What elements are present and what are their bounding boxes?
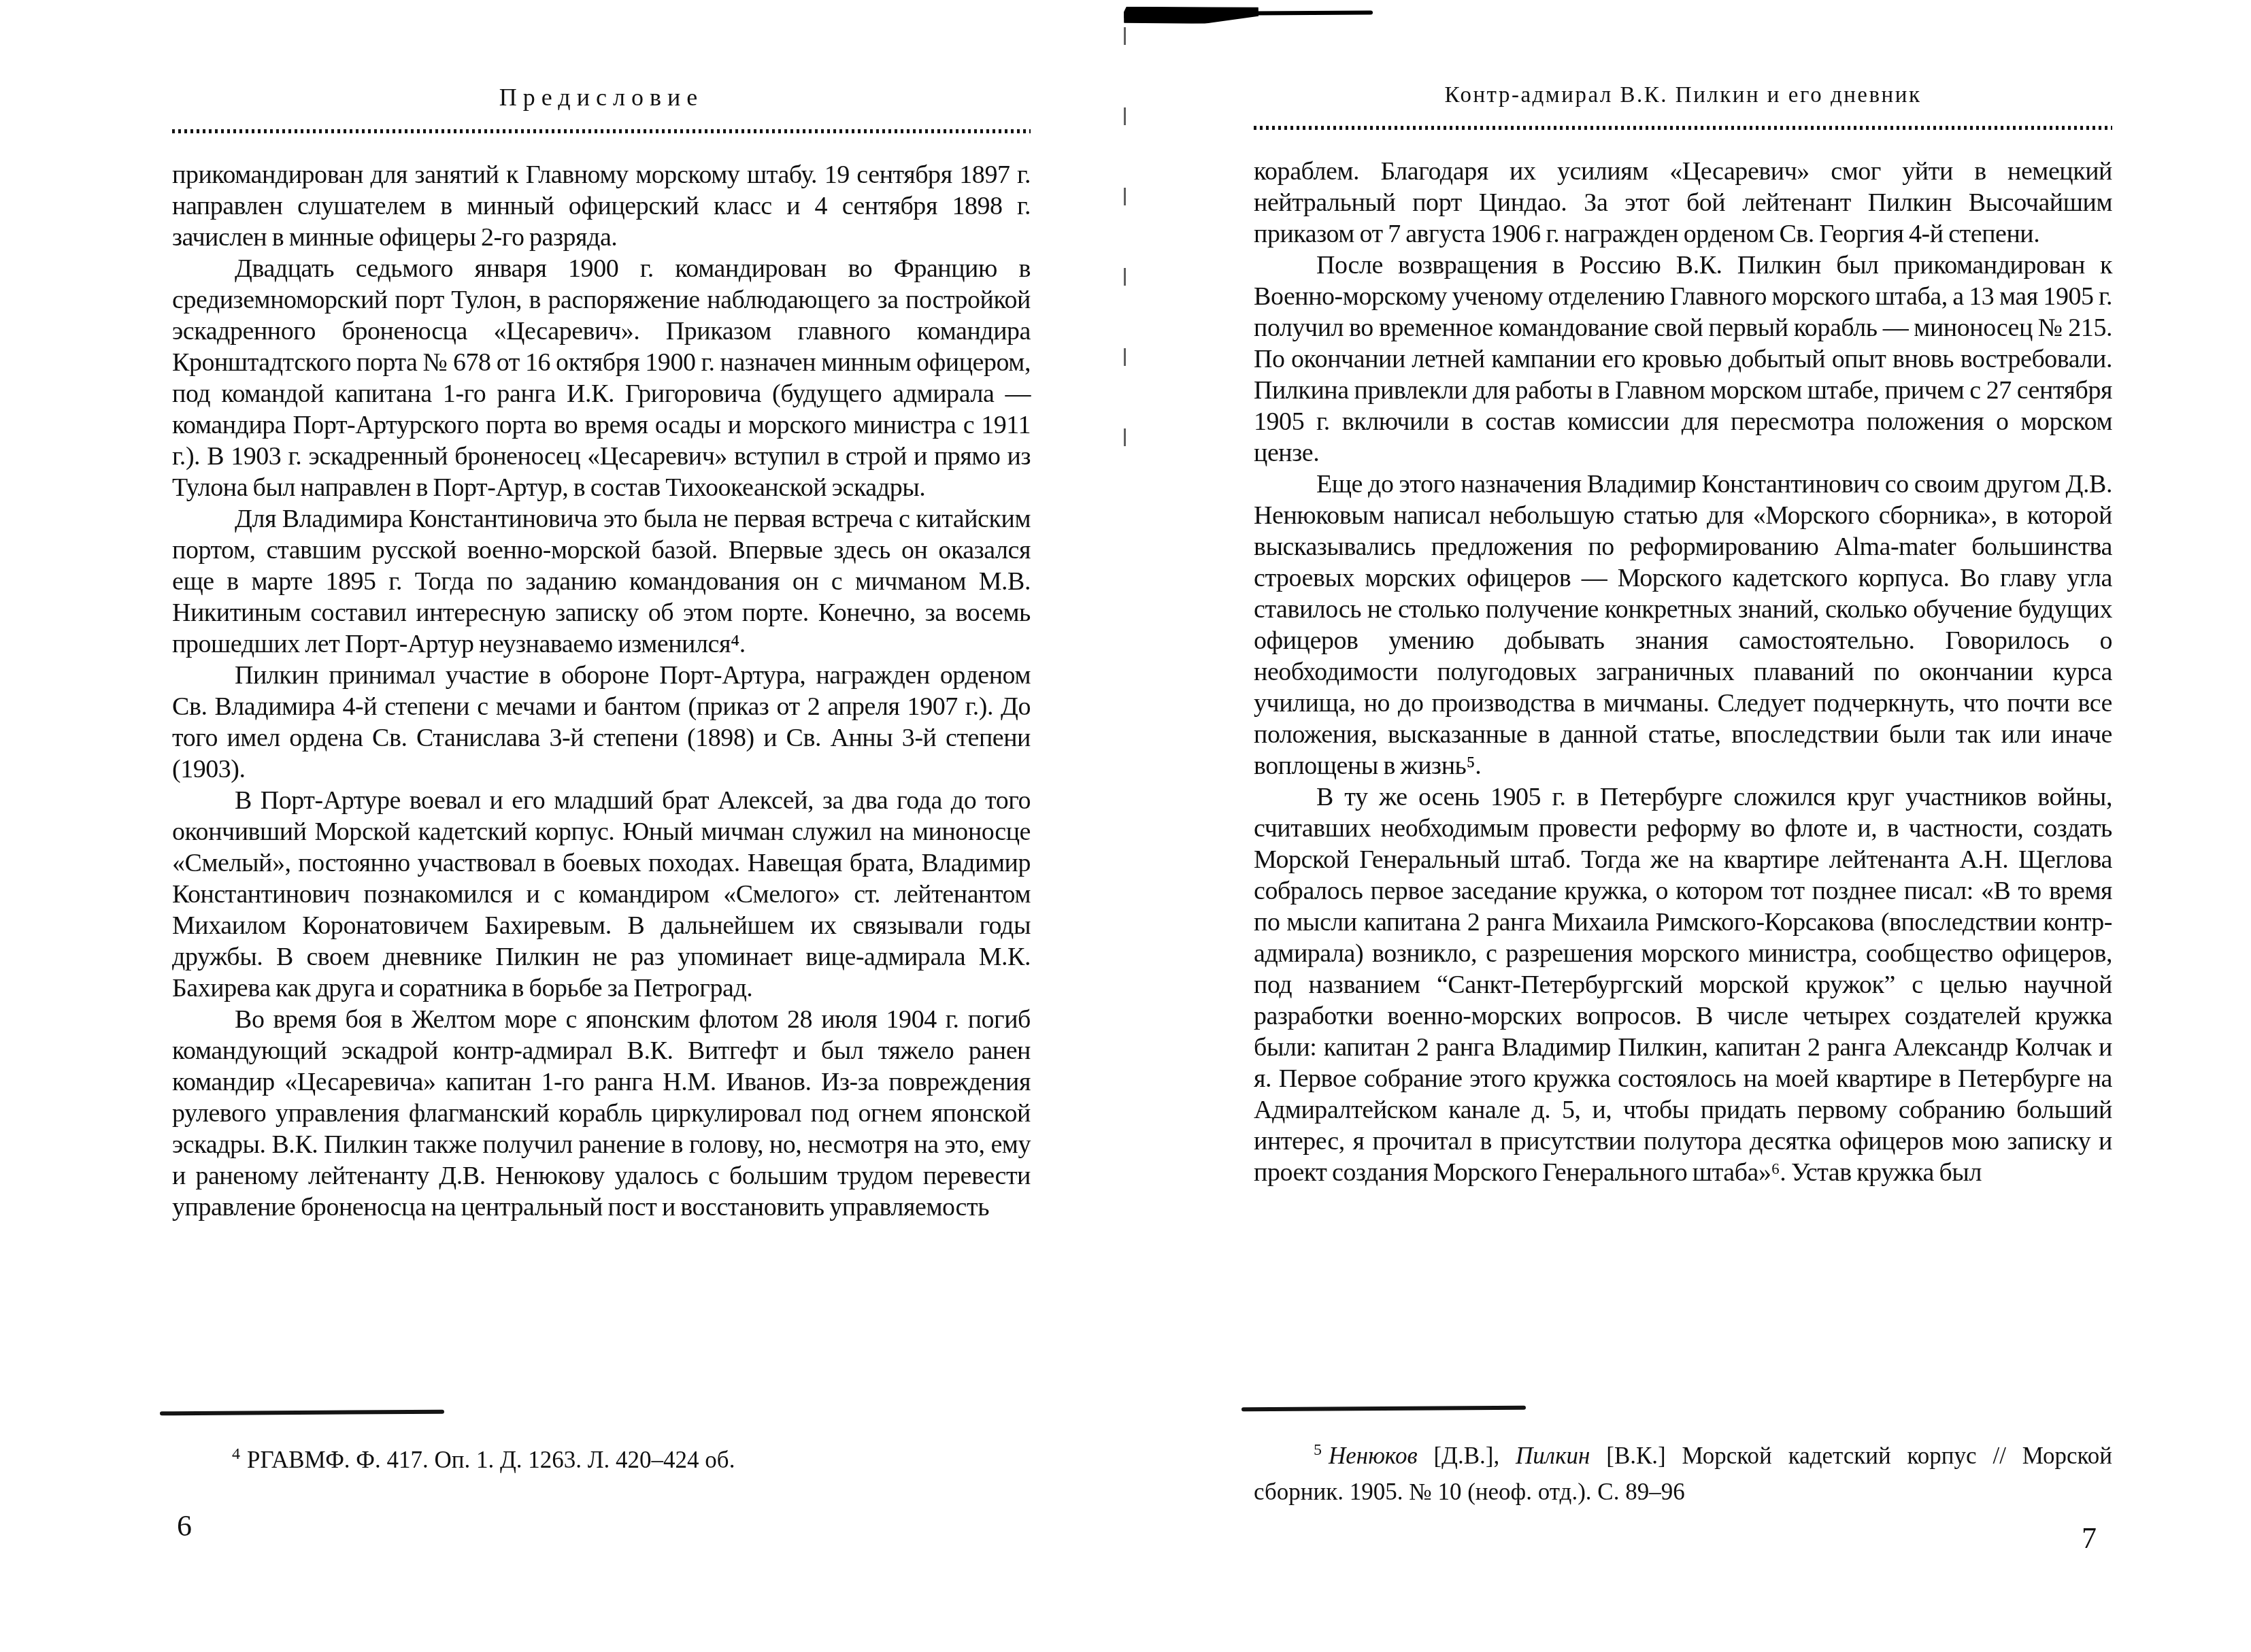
right-footnote-rule: [1241, 1406, 1526, 1412]
left-body-text: прикомандирован для занятий к Главному м…: [172, 159, 1031, 1223]
paragraph: Двадцать седьмого января 1900 г. команди…: [172, 253, 1031, 503]
right-body-text: кораблем. Благодаря их усилиям «Цесареви…: [1254, 156, 2112, 1188]
right-footnote: 5Ненюков [Д.В.], Пилкин [В.К.] Морской к…: [1254, 1438, 2112, 1510]
paragraph: В ту же осень 1905 г. в Петербурге сложи…: [1254, 781, 2112, 1188]
right-running-head: Контр-адмирал В.К. Пилкин и его дневник: [1254, 83, 2112, 108]
paragraph: Во время боя в Желтом море с японским фл…: [172, 1004, 1031, 1223]
paragraph: После возвращения в Россию В.К. Пилкин б…: [1254, 250, 2112, 469]
footnote-author: Пилкин: [1516, 1443, 1590, 1469]
left-page-number: 6: [177, 1508, 192, 1543]
paragraph: прикомандирован для занятий к Главному м…: [172, 159, 1031, 253]
footnote-author: Ненюков: [1329, 1443, 1418, 1469]
left-footnote: 4РГАВМФ. Ф. 417. Оп. 1. Д. 1263. Л. 420–…: [172, 1442, 1031, 1478]
left-page-header: Предисловие: [172, 83, 1031, 133]
footnote-text: [Д.В.],: [1418, 1443, 1516, 1469]
paragraph: Пилкин принимал участие в обороне Порт-А…: [172, 660, 1031, 785]
right-dotted-rule: [1254, 126, 2112, 130]
left-page: Предисловие прикомандирован для занятий …: [172, 83, 1031, 1223]
paragraph: В Порт-Артуре воевал и его младший брат …: [172, 785, 1031, 1004]
footnote-text: РГАВМФ. Ф. 417. Оп. 1. Д. 1263. Л. 420–4…: [247, 1447, 735, 1473]
paragraph: кораблем. Благодаря их усилиям «Цесареви…: [1254, 156, 2112, 250]
right-page-number: 7: [2082, 1521, 2097, 1555]
left-running-head: Предисловие: [172, 83, 1031, 112]
book-spread-scan: Предисловие прикомандирован для занятий …: [0, 0, 2251, 1652]
paragraph: Для Владимира Константиновича это была н…: [172, 503, 1031, 660]
left-dotted-rule: [172, 129, 1031, 133]
scan-gutter-dashed-line: [1124, 27, 1126, 496]
right-footnote-area: 5Ненюков [Д.В.], Пилкин [В.К.] Морской к…: [1254, 1406, 2112, 1510]
left-footnote-rule: [160, 1410, 444, 1416]
right-page: Контр-адмирал В.К. Пилкин и его дневник …: [1254, 83, 2112, 1188]
scan-smudge-tail-artifact: [1252, 10, 1373, 15]
scan-smudge-artifact: [1124, 5, 1258, 24]
right-page-header: Контр-адмирал В.К. Пилкин и его дневник: [1254, 83, 2112, 130]
footnote-marker: 4: [232, 1445, 240, 1463]
left-footnote-area: 4РГАВМФ. Ф. 417. Оп. 1. Д. 1263. Л. 420–…: [172, 1411, 1031, 1478]
footnote-marker: 5: [1314, 1441, 1322, 1459]
paragraph: Еще до этого назначения Владимир Констан…: [1254, 469, 2112, 781]
